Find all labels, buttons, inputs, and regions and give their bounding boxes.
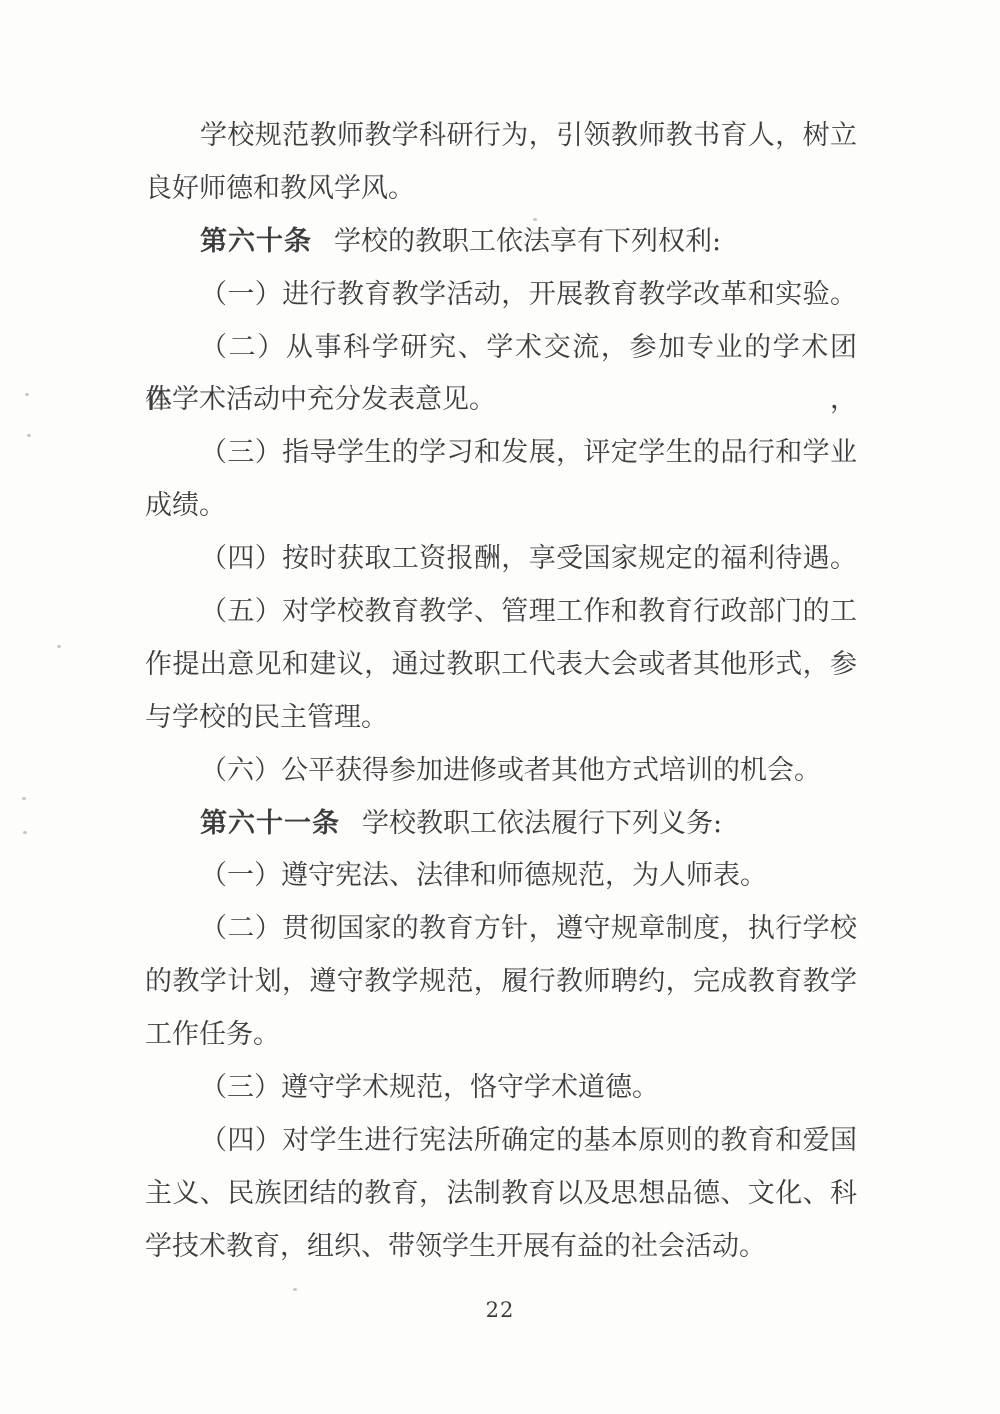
text-segment: 成绩。 (145, 490, 226, 521)
document-body: 学校规范教师教学科研行为，引领教师教书育人，树立良好师德和教风学风。第六十条学校… (145, 110, 857, 1274)
text-line: 学校规范教师教学科研行为，引领教师教书育人，树立 (145, 110, 857, 163)
text-segment: 学校规范教师教学科研行为，引领教师教书育人，树立 (200, 120, 857, 151)
text-segment: （四）对学生进行宪法所确定的基本原则的教育和爱国 (200, 1125, 857, 1156)
text-segment: 学技术教育，组织、带领学生开展有益的社会活动。 (145, 1231, 766, 1262)
text-segment: （三）遵守学术规范，恪守学术道德。 (200, 1072, 659, 1103)
text-line: 作提出意见和建议，通过教职工代表大会或者其他形式，参 (145, 639, 857, 692)
text-segment: 在学术活动中充分发表意见。 (145, 384, 496, 415)
text-segment: （一）遵守宪法、法律和师德规范，为人师表。 (200, 860, 767, 891)
text-line: （五）对学校教育教学、管理工作和教育行政部门的工 (145, 586, 857, 639)
text-line: （四）对学生进行宪法所确定的基本原则的教育和爱国 (145, 1115, 857, 1168)
text-line: 与学校的民主管理。 (145, 692, 857, 745)
text-segment: 工作任务。 (145, 1019, 280, 1050)
text-segment: （六）公平获得参加进修或者其他方式培训的机会。 (200, 755, 821, 786)
text-segment: 的教学计划，遵守教学规范，履行教师聘约，完成教育教学 (145, 966, 857, 997)
text-segment: 学校的教职工依法享有下列权利: (334, 226, 721, 257)
text-segment: 作提出意见和建议，通过教职工代表大会或者其他形式，参 (145, 649, 857, 680)
text-line: （一）进行教育教学活动，开展教育教学改革和实验。 (145, 269, 857, 322)
text-line: （二）从事科学研究、学术交流，参加专业的学术团体， (145, 322, 857, 375)
text-segment: 与学校的民主管理。 (145, 702, 388, 733)
text-line: 主义、民族团结的教育，法制教育以及思想品德、文化、科 (145, 1168, 857, 1221)
scan-speck (293, 1288, 297, 1291)
text-segment: 良好师德和教风学风。 (145, 173, 415, 204)
scan-speck (23, 831, 27, 834)
text-segment: 主义、民族团结的教育，法制教育以及思想品德、文化、科 (145, 1178, 857, 1209)
scanned-document-page: 学校规范教师教学科研行为，引领教师教书育人，树立良好师德和教风学风。第六十条学校… (0, 0, 1000, 1414)
text-segment: （二）贯彻国家的教育方针，遵守规章制度，执行学校 (200, 913, 857, 944)
text-line: （六）公平获得参加进修或者其他方式培训的机会。 (145, 745, 857, 798)
text-line: 成绩。 (145, 480, 857, 533)
text-line: 第六十条学校的教职工依法享有下列权利: (145, 216, 857, 269)
text-segment: （三）指导学生的学习和发展，评定学生的品行和学业 (200, 437, 857, 468)
text-segment: （一）进行教育教学活动，开展教育教学改革和实验。 (200, 279, 857, 310)
text-line: （一）遵守宪法、法律和师德规范，为人师表。 (145, 850, 857, 903)
text-segment: （四）按时获取工资报酬，享受国家规定的福利待遇。 (200, 543, 857, 574)
page-number: 22 (0, 1298, 1000, 1322)
scan-speck (27, 434, 31, 437)
article-number: 第六十条 (200, 226, 312, 257)
text-line: （三）遵守学术规范，恪守学术道德。 (145, 1062, 857, 1115)
text-line: 第六十一条学校教职工依法履行下列义务: (145, 798, 857, 851)
text-line: 工作任务。 (145, 1009, 857, 1062)
text-line: 学技术教育，组织、带领学生开展有益的社会活动。 (145, 1221, 857, 1274)
text-line: （四）按时获取工资报酬，享受国家规定的福利待遇。 (145, 533, 857, 586)
scan-speck (25, 393, 29, 396)
text-line: （二）贯彻国家的教育方针，遵守规章制度，执行学校 (145, 903, 857, 956)
text-line: （三）指导学生的学习和发展，评定学生的品行和学业 (145, 427, 857, 480)
article-number: 第六十一条 (200, 808, 340, 839)
scan-speck (57, 645, 61, 648)
text-line: 的教学计划，遵守教学规范，履行教师聘约，完成教育教学 (145, 956, 857, 1009)
text-line: 良好师德和教风学风。 (145, 163, 857, 216)
text-segment: （五）对学校教育教学、管理工作和教育行政部门的工 (200, 596, 857, 627)
scan-speck (22, 797, 26, 800)
text-segment: 学校教职工依法履行下列义务: (362, 808, 722, 839)
scan-speck (533, 218, 537, 221)
